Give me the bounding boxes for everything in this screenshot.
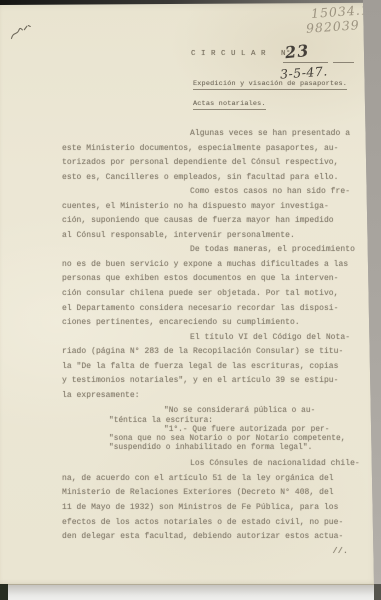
typed-line: "téntica la escritura: (109, 417, 354, 426)
typed-line: den delegar esta facultad, debiendo auto… (62, 530, 354, 545)
scan-corner-bottom-left (0, 584, 8, 600)
typed-line: "1°.- Que fuere autorizada por per- (109, 426, 354, 435)
typed-line: Ministerio de Relaciones Exteriores (Dec… (62, 486, 354, 501)
typed-line: cuentes, el Ministerio no ha dispuesto m… (62, 200, 354, 215)
scan-corner-bottom-right (374, 584, 381, 600)
typed-line: efectos de los actos notariales o de est… (62, 516, 354, 531)
typed-line: el Departamento considera necesario reco… (62, 302, 354, 317)
circular-date-handwritten: 3-5-47. (280, 63, 329, 81)
typed-line: riado (página N° 283 de la Recopilación … (62, 345, 354, 360)
archive-number-bottom: 982039 (306, 17, 361, 36)
subject-line: Actas notariales. (193, 100, 266, 110)
typed-line: Los Cónsules de nacionalidad chile- (62, 457, 354, 472)
typed-line: na, de acuerdo con el artículo 51 de la … (62, 472, 354, 487)
typed-line: al Cónsul responsable, intervenir person… (62, 229, 354, 244)
underline-dash (333, 62, 354, 63)
typed-line: y testimonios notariales", y en el artíc… (62, 374, 354, 389)
typed-line: este Ministerio documentos, especialment… (62, 142, 354, 157)
typed-line: De todas maneras, el procedimiento (62, 243, 354, 258)
paper-sheet: 15034.1 982039 C I R C U L A R N° 23 3-5… (0, 0, 381, 585)
typed-line: "suspendido o inhabilitado en forma lega… (109, 444, 354, 453)
typed-line: esto es, Cancilleres o empleados, sin fa… (62, 171, 354, 186)
typed-line: torizados por personal dependiente del C… (62, 156, 354, 171)
typed-line: "sona que no sea Notario o por Notario c… (109, 435, 354, 444)
pencil-squiggle-mark (8, 22, 37, 46)
scanned-circular-page: 15034.1 982039 C I R C U L A R N° 23 3-5… (0, 0, 381, 600)
typed-line: Algunas veces se han presentado a (62, 127, 354, 142)
typed-line: personas que exhiben estos documentos en… (62, 272, 354, 287)
typed-line: la expresamente: (62, 389, 354, 404)
typed-line: El título VI del Código del Nota- (62, 331, 354, 346)
typed-line: ción consular chilena puede ser objetada… (62, 287, 354, 302)
typed-line: ciones pertinentes, encareciendo su cump… (62, 316, 354, 331)
typed-line: ción, suponiendo que causas de fuerza ma… (62, 214, 354, 229)
typed-line: no es de buen servicio y expone a muchas… (62, 258, 354, 273)
circular-number-handwritten: 23 (284, 41, 310, 62)
typed-body: Algunas veces se han presentado aeste Mi… (62, 127, 354, 558)
typed-line: 11 de Mayo de 1932) son Ministros de Fe … (62, 501, 354, 516)
continuation-mark: //. (62, 545, 354, 558)
typed-line: la "De la falta de fuerza legal de las e… (62, 360, 354, 375)
typed-line: "No se considerará pública o au- (109, 407, 354, 416)
subject-line: Expedición y visación de pasaportes. (193, 80, 347, 90)
circular-label: C I R C U L A R N° (191, 50, 291, 58)
scan-edge-bottom (0, 585, 381, 600)
typed-line: Como estos casos no han sido fre- (62, 185, 354, 200)
body-lines: Algunas veces se han presentado aeste Mi… (62, 127, 354, 545)
subject-lines: Expedición y visación de pasaportes.Acta… (193, 80, 347, 119)
